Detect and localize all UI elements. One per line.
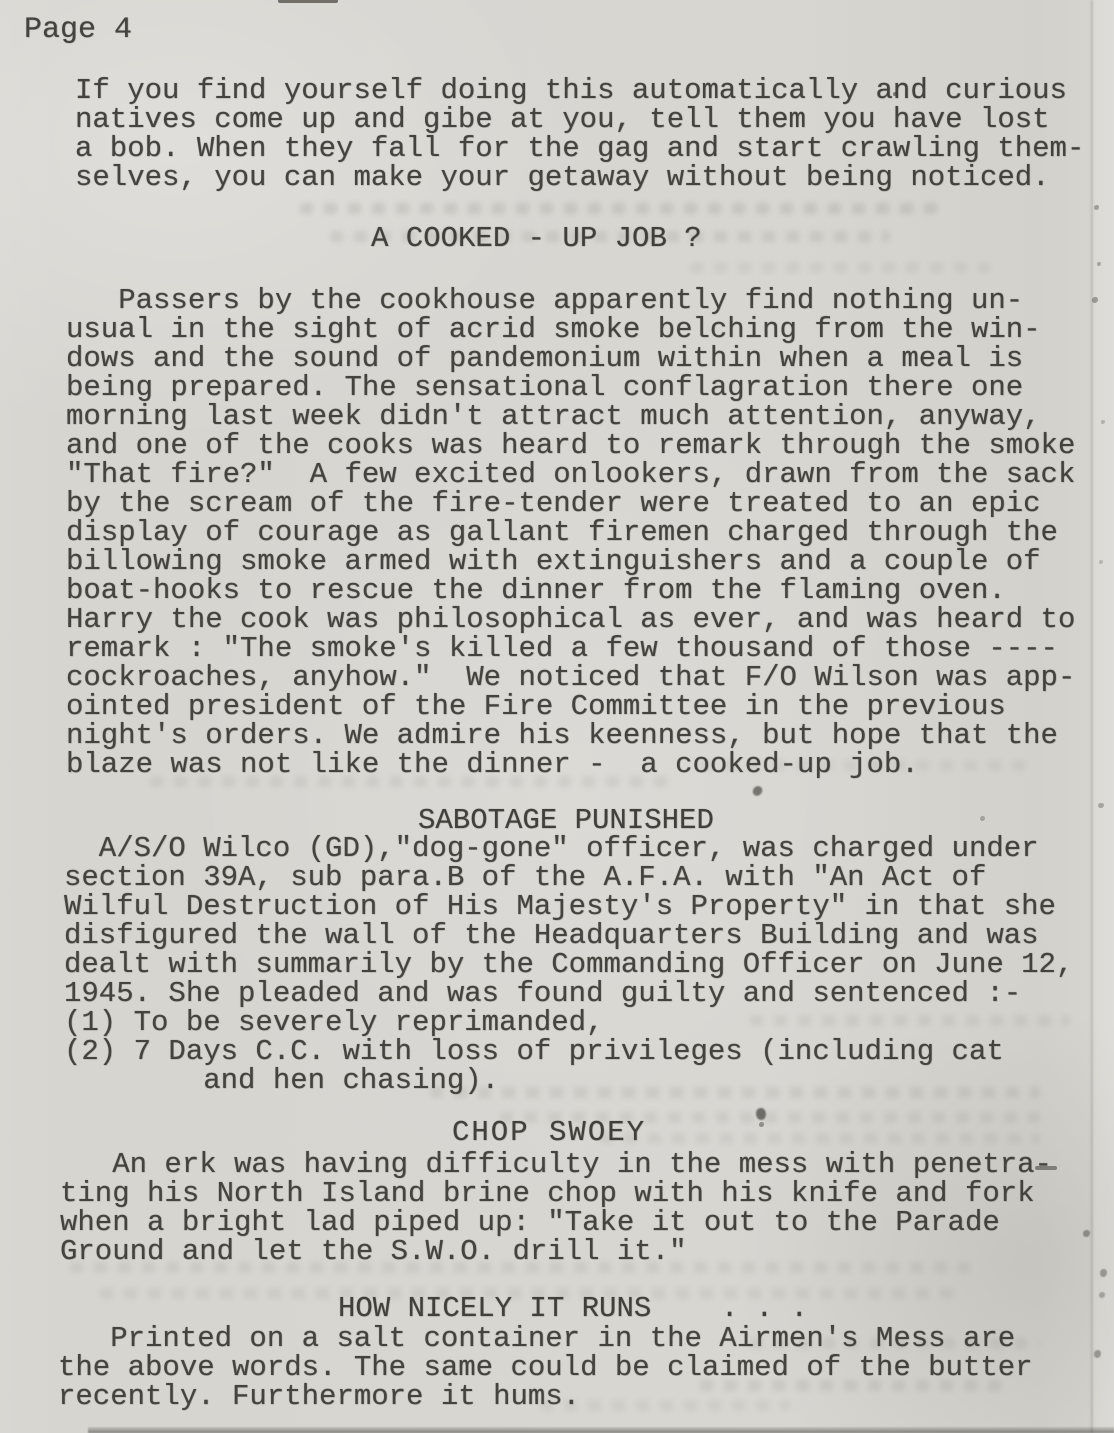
- article-heading-how-nicely-it-runs: HOW NICELY IT RUNS . . .: [338, 1294, 808, 1323]
- bleed-through-ghost: [300, 203, 940, 214]
- bleed-through-ghost: [690, 262, 990, 273]
- article-heading-cooked-up-job: A COOKED - UP JOB ?: [371, 224, 702, 253]
- bleed-through-ghost: [600, 1133, 1040, 1144]
- ink-smudge: [751, 785, 763, 798]
- scan-edge-shadow: [88, 1427, 1114, 1433]
- article-heading-chop-swoey: CHOP SWOEY: [452, 1118, 646, 1147]
- scanned-newsletter-page: Page 4 If you find yourself doing this a…: [0, 0, 1114, 1433]
- article-body-chop-swoey: An erk was having difficulty in the mess…: [60, 1150, 1052, 1266]
- ink-speck: [980, 816, 985, 821]
- ink-speck: [759, 1122, 764, 1127]
- intro-paragraph: If you find yourself doing this automati…: [75, 76, 1084, 192]
- paper-crease-highlight: [1093, 0, 1114, 1433]
- page-number-label: Page 4: [24, 16, 132, 45]
- ink-speck: [1083, 1230, 1090, 1237]
- scan-edge-mark: [278, 0, 338, 3]
- article-body-cooked-up-job: Passers by the cookhouse apparently find…: [66, 286, 1075, 779]
- article-heading-sabotage-punished: SABOTAGE PUNISHED: [418, 806, 714, 835]
- article-body-how-nicely-it-runs: Printed on a salt container in the Airme…: [58, 1324, 1033, 1411]
- article-body-sabotage-punished: A/S/O Wilco (GD),"dog-gone" officer, was…: [64, 834, 1073, 1095]
